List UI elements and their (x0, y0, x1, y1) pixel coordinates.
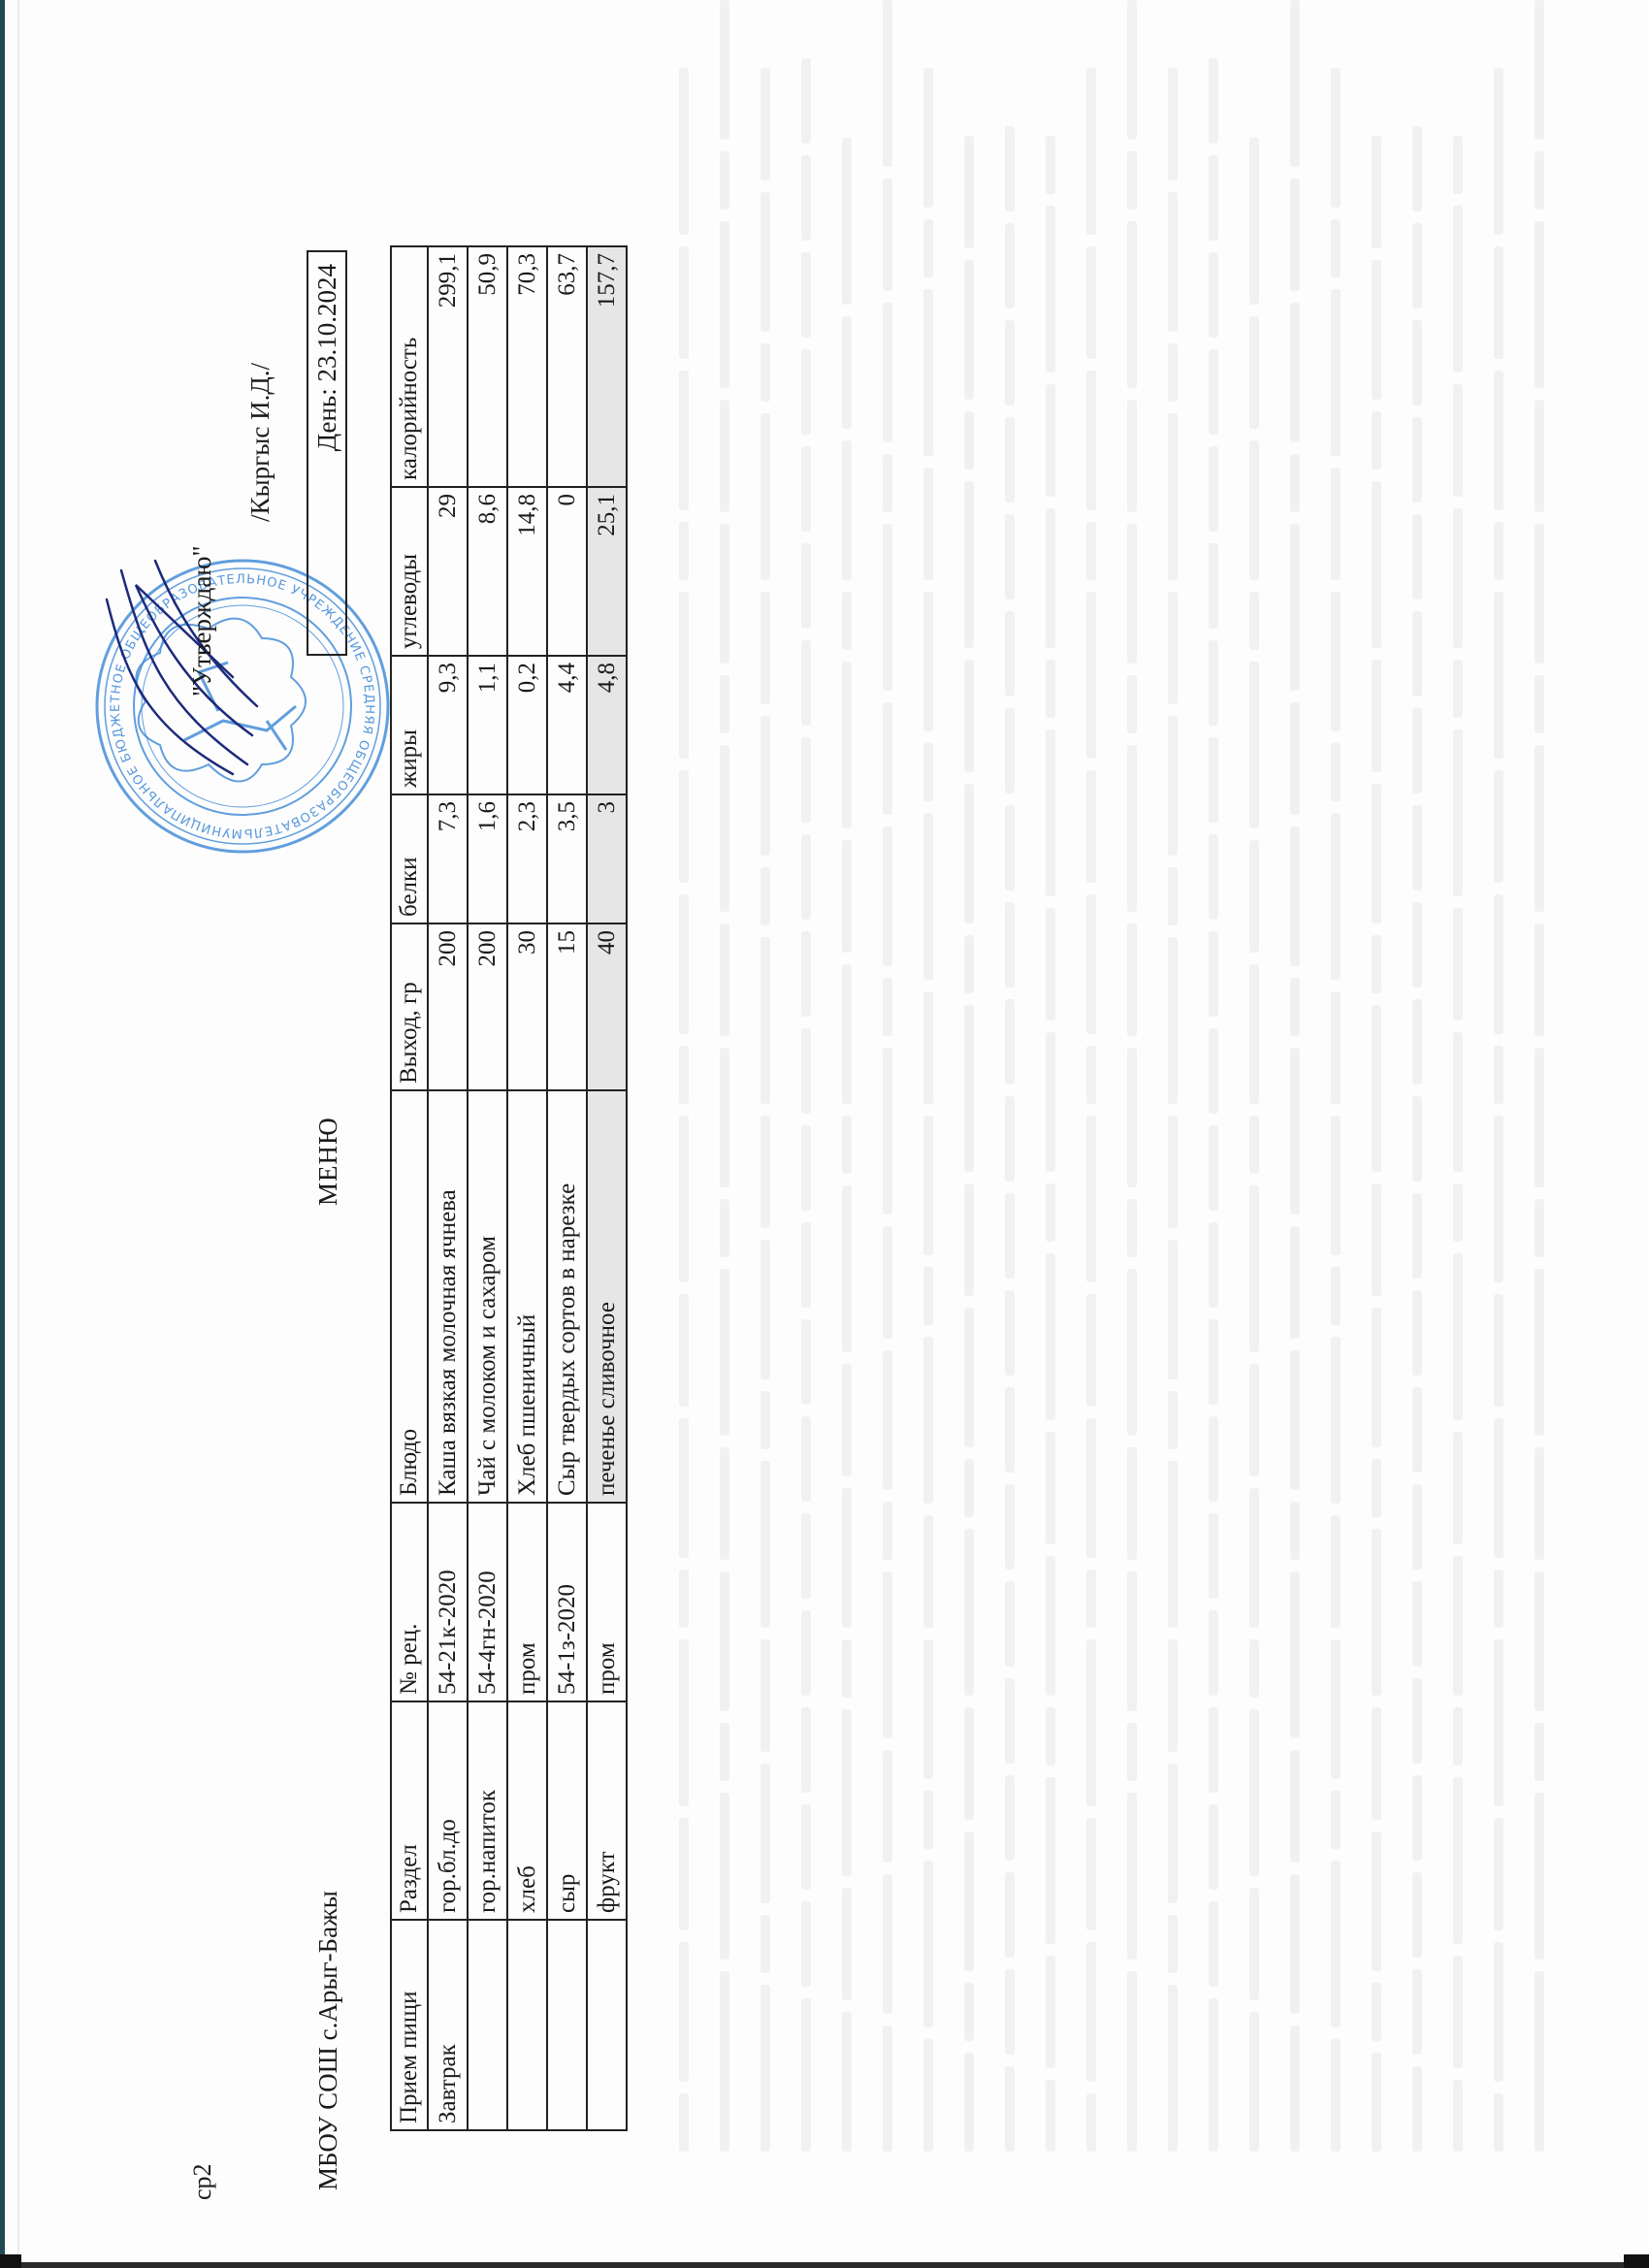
show-through-line (842, 1116, 852, 1174)
show-through-line (923, 219, 933, 277)
show-through-line (1535, 221, 1544, 388)
show-through-line (1209, 1998, 1218, 2152)
show-through-line (1005, 126, 1015, 211)
show-through-line (883, 454, 892, 512)
show-through-line (1086, 1639, 1096, 1806)
show-through-line (1046, 1556, 1055, 1696)
show-through-line (1086, 371, 1096, 510)
show-through-line (720, 1571, 729, 1711)
show-through-line (679, 1418, 689, 1558)
cell-dish: Каша вязкая молочная ячнева (428, 1090, 468, 1503)
show-through-line (964, 1529, 974, 1696)
show-through-line (1535, 1269, 1544, 1436)
table-row: гор.напиток 54-4гн-2020 Чай с молоком и … (468, 246, 507, 2130)
show-through-line (923, 1267, 933, 1325)
show-through-line (1005, 1484, 1015, 1570)
show-through-line (1412, 999, 1422, 1085)
show-through-line (1453, 908, 1463, 1021)
show-through-line (1372, 1983, 1381, 2041)
show-through-line (1209, 58, 1218, 144)
show-through-line (1127, 923, 1137, 1036)
show-through-line (1209, 1804, 1218, 1890)
header-calories: калорийность (391, 246, 428, 487)
show-through-line (883, 1226, 892, 1339)
show-through-line (1005, 1096, 1015, 1182)
show-through-line (801, 155, 811, 241)
show-through-line (923, 2039, 933, 2152)
show-through-line (1046, 384, 1055, 497)
show-through-line (801, 737, 811, 823)
show-through-line (1494, 592, 1503, 759)
show-through-line (1372, 260, 1381, 400)
show-through-line (760, 343, 770, 402)
show-through-line (1249, 1709, 1259, 1876)
show-through-line (1372, 481, 1381, 648)
show-through-line (1086, 2093, 1096, 2152)
show-through-line (1127, 1199, 1137, 1257)
show-through-line (842, 1639, 852, 1698)
cell-carbs: 14,8 (507, 487, 547, 656)
show-through-line (720, 524, 729, 664)
show-through-line (1046, 2080, 1055, 2152)
cell-dish: Хлеб пшеничный (507, 1090, 547, 1503)
table-header-row: Прием пищи Раздел № рец. Блюдо Выход, гр… (391, 246, 428, 2130)
show-through-line (1412, 1969, 1422, 2055)
show-through-line (1005, 1193, 1015, 1279)
show-through-line (1412, 126, 1422, 211)
show-through-line (1494, 1116, 1503, 1282)
show-through-line (1412, 1193, 1422, 1279)
show-through-line (720, 151, 729, 210)
show-through-line (1086, 522, 1096, 580)
show-through-line (1453, 1556, 1463, 1696)
show-through-line (679, 1570, 689, 1628)
show-through-line (1453, 660, 1463, 718)
show-through-line (1372, 1308, 1381, 1447)
show-through-line (1494, 1639, 1503, 1806)
show-through-line (1005, 1290, 1015, 1376)
show-through-line (1494, 2093, 1503, 2152)
show-through-line (923, 991, 933, 1104)
show-through-line (1290, 1226, 1300, 1339)
show-through-line (1209, 349, 1218, 435)
cell-dish: печенье сливочное (587, 1090, 627, 1503)
show-through-line (1372, 1183, 1381, 1296)
show-through-line (1168, 937, 1178, 1104)
show-through-line (1005, 708, 1015, 794)
show-through-line (1005, 611, 1015, 697)
cell-protein: 3 (587, 794, 627, 923)
show-through-line (1046, 1777, 1055, 1944)
show-through-line (760, 592, 770, 704)
show-through-line (1290, 1571, 1300, 1738)
cell-yield: 200 (428, 923, 468, 1090)
show-through-line (1168, 192, 1178, 332)
show-through-line (1453, 1707, 1463, 1766)
cell-calories: 70,3 (507, 246, 547, 487)
cell-recipe: 54-1з-2020 (547, 1503, 587, 1701)
show-through-line (720, 1269, 729, 1436)
approval-label: "Утверждаю" (189, 545, 215, 697)
show-through-line (720, 1793, 729, 1960)
show-through-line (1127, 1048, 1137, 1187)
show-through-line (1249, 964, 1259, 1104)
show-through-line (1372, 1005, 1381, 1172)
cell-carbs: 8,6 (468, 487, 507, 656)
show-through-line (760, 413, 770, 580)
show-through-line (1290, 0, 1300, 167)
show-through-line (760, 1116, 770, 1228)
header-recipe: № рец. (391, 1503, 428, 1701)
show-through-line (720, 923, 729, 1036)
show-through-line (1127, 1723, 1137, 1781)
show-through-line (1209, 543, 1218, 629)
show-through-line (1331, 1116, 1341, 1255)
show-through-line (1494, 770, 1503, 883)
show-through-line (1372, 1707, 1381, 1820)
header-meal: Прием пищи (391, 1920, 428, 2130)
show-through-line (1290, 178, 1300, 291)
show-through-line (679, 1294, 689, 1407)
show-through-line (1086, 1294, 1096, 1407)
cell-meal (468, 1920, 507, 2130)
show-through-line (1127, 400, 1137, 512)
show-through-line (883, 1048, 892, 1215)
show-through-line (883, 1350, 892, 1490)
show-through-line (760, 1461, 770, 1628)
cell-fat: 1,1 (468, 656, 507, 794)
show-through-line (1168, 1915, 1178, 1973)
cell-dish: Чай с молоком и сахаром (468, 1090, 507, 1503)
show-through-line (1494, 522, 1503, 580)
show-through-line (1249, 440, 1259, 580)
show-through-line (1168, 1764, 1178, 1903)
show-through-line (1168, 1116, 1178, 1228)
show-through-line (1331, 1515, 1341, 1628)
show-through-line (1005, 999, 1015, 1085)
cell-recipe: пром (587, 1503, 627, 1701)
cell-section: гор.бл.до (428, 1701, 468, 1920)
show-through-line (760, 1985, 770, 2152)
show-through-line (1086, 770, 1096, 883)
show-through-line (842, 440, 852, 580)
show-through-line (1209, 640, 1218, 726)
show-through-line (760, 1240, 770, 1379)
show-through-line (801, 834, 811, 920)
cell-protein: 2,3 (507, 794, 547, 923)
show-through-line (1168, 716, 1178, 856)
show-through-line (1168, 1985, 1178, 2152)
show-through-line (1372, 784, 1381, 923)
show-through-line (1412, 417, 1422, 502)
show-through-line (923, 1337, 933, 1504)
show-through-line (1453, 1432, 1463, 1544)
show-through-line (1412, 1775, 1422, 1861)
show-through-line (923, 813, 933, 980)
show-through-line (801, 543, 811, 629)
show-through-line (1290, 978, 1300, 1036)
show-through-line (1453, 508, 1463, 648)
show-through-line (883, 1571, 892, 1738)
show-through-line (1209, 1222, 1218, 1308)
show-through-line (801, 931, 811, 1017)
show-through-line (1494, 1570, 1503, 1628)
show-through-line (964, 1005, 974, 1172)
show-through-line (1494, 1294, 1503, 1407)
show-through-line (1290, 2025, 1300, 2152)
show-through-line (923, 743, 933, 801)
show-through-line (720, 1048, 729, 1187)
cell-yield: 40 (587, 923, 627, 1090)
cell-calories: 299,1 (428, 246, 468, 487)
show-through-line (964, 1308, 974, 1447)
show-through-line (1005, 1872, 1015, 1958)
cell-fat: 4,4 (547, 656, 587, 794)
show-through-line (679, 246, 689, 359)
show-through-line (801, 252, 811, 338)
show-through-line (1168, 1240, 1178, 1379)
show-through-line (1331, 743, 1341, 801)
show-through-line (801, 58, 811, 144)
show-through-line (1494, 1818, 1503, 1930)
show-through-line (801, 349, 811, 435)
cell-yield: 200 (468, 923, 507, 1090)
menu-table: Прием пищи Раздел № рец. Блюдо Выход, гр… (390, 245, 628, 2131)
show-through-line (1535, 1793, 1544, 1960)
cell-dish: Сыр твердых сортов в нарезке (547, 1090, 587, 1503)
show-through-line (1127, 151, 1137, 210)
show-through-line (720, 1447, 729, 1560)
show-through-line (801, 1513, 811, 1599)
show-through-line (842, 1488, 852, 1628)
show-through-line (1168, 1639, 1178, 1752)
show-through-line (1372, 660, 1381, 772)
show-through-line (964, 1831, 974, 1971)
show-through-line (1046, 908, 1055, 1021)
show-through-line (720, 1971, 729, 2152)
show-through-line (801, 1804, 811, 1890)
cell-protein: 3,5 (547, 794, 587, 923)
show-through-line (1535, 400, 1544, 512)
table-row: сыр 54-1з-2020 Сыр твердых сортов в наре… (547, 246, 587, 2130)
show-through-line (679, 371, 689, 510)
show-through-line (760, 937, 770, 1104)
show-through-line (1005, 805, 1015, 891)
show-through-line (1209, 1901, 1218, 1987)
show-through-line (1005, 223, 1015, 308)
show-through-line (801, 640, 811, 726)
show-through-line (679, 1818, 689, 1930)
cell-yield: 15 (547, 923, 587, 1090)
show-through-line (883, 702, 892, 815)
show-through-line (1005, 320, 1015, 405)
show-through-line (923, 592, 933, 731)
show-through-line (1372, 1831, 1381, 1971)
show-through-line (1535, 745, 1544, 912)
show-through-line (842, 316, 852, 429)
show-through-line (964, 935, 974, 993)
show-through-line (1168, 413, 1178, 580)
show-through-line (1168, 1461, 1178, 1628)
show-through-line (1249, 592, 1259, 650)
show-through-line (1494, 1418, 1503, 1558)
show-through-line (1453, 1032, 1463, 1172)
show-through-line (1412, 1387, 1422, 1473)
show-through-line (1331, 1337, 1341, 1504)
cell-recipe: пром (507, 1503, 547, 1701)
show-through-line (1005, 1581, 1015, 1667)
cell-calories: 157,7 (587, 246, 627, 487)
show-through-line (1290, 702, 1300, 815)
show-through-line (1209, 1610, 1218, 1696)
table-row: Завтрак гор.бл.до 54-21к-2020 Каша вязка… (428, 246, 468, 2130)
show-through-line (964, 1983, 974, 2041)
show-through-line (679, 68, 689, 235)
show-through-line (1331, 1861, 1341, 2027)
cell-recipe: 54-4гн-2020 (468, 1503, 507, 1701)
cell-meal (547, 1920, 587, 2130)
show-through-line (1249, 1185, 1259, 1352)
show-through-line (1535, 1571, 1544, 1711)
show-through-line (1331, 1791, 1341, 1849)
show-through-line (842, 964, 852, 1104)
show-through-line (1331, 468, 1341, 580)
show-through-line (923, 1116, 933, 1255)
show-through-line (923, 68, 933, 208)
cell-meal: Завтрак (428, 1920, 468, 2130)
header-dish: Блюдо (391, 1090, 428, 1503)
show-through-line (1494, 68, 1503, 235)
show-through-line (679, 894, 689, 1034)
show-through-line (801, 1998, 811, 2152)
show-through-line (1412, 1290, 1422, 1376)
cell-section: сыр (547, 1701, 587, 1920)
cell-section: гор.напиток (468, 1701, 507, 1920)
show-through-line (760, 192, 770, 332)
show-through-line (1086, 1942, 1096, 2082)
show-through-line (1412, 1581, 1422, 1667)
show-through-line (964, 481, 974, 648)
show-through-line (1086, 1570, 1096, 1628)
show-through-line (1046, 1183, 1055, 1242)
show-through-line (883, 1502, 892, 1560)
show-through-line (1249, 1364, 1259, 1476)
show-through-line (1535, 151, 1544, 210)
show-through-line (1127, 1971, 1137, 2152)
show-through-line (1249, 138, 1259, 305)
show-through-line (1046, 660, 1055, 718)
show-through-line (1453, 1777, 1463, 1944)
cell-recipe: 54-21к-2020 (428, 1503, 468, 1701)
show-through-line (1249, 840, 1259, 953)
cell-meal (587, 1920, 627, 2130)
show-through-line (679, 1116, 689, 1282)
show-through-line (1412, 514, 1422, 599)
show-through-line (1046, 136, 1055, 194)
cell-carbs: 29 (428, 487, 468, 656)
show-through-line (1372, 2053, 1381, 2152)
show-through-line (801, 1610, 811, 1696)
menu-page: ср2 МБОУ СОШ с.Арыг-Бажы МЕНЮ МУНИЦИПАЛЬ… (0, 0, 1649, 2268)
show-through-line (1005, 417, 1015, 502)
show-through-line (883, 2025, 892, 2152)
show-through-line (1412, 1872, 1422, 1958)
show-through-line (1535, 923, 1544, 1036)
show-through-line (801, 1901, 811, 1987)
show-through-line (1005, 1678, 1015, 1764)
show-through-line (1127, 675, 1137, 733)
cell-meal (507, 1920, 547, 2130)
show-through-line (1372, 136, 1381, 248)
header-carbs: углеводы (391, 487, 428, 656)
show-through-line (964, 411, 974, 470)
show-through-line (923, 1861, 933, 2027)
show-through-line (842, 592, 852, 650)
document-code: ср2 (190, 2163, 215, 2200)
show-through-line (679, 1942, 689, 2082)
show-through-line (842, 840, 852, 953)
show-through-line (1086, 68, 1096, 235)
show-through-line (1209, 1416, 1218, 1502)
show-through-line (1372, 1459, 1381, 1517)
show-through-line (1453, 1956, 1463, 2068)
show-through-line (1168, 1391, 1178, 1449)
show-through-line (720, 0, 729, 140)
cell-calories: 50,9 (468, 246, 507, 487)
show-through-line (1290, 1502, 1300, 1560)
show-through-line (1453, 1183, 1463, 1242)
show-through-line (1372, 935, 1381, 993)
show-through-line (1412, 611, 1422, 697)
show-through-line (883, 0, 892, 167)
show-through-line (1412, 1484, 1422, 1570)
show-through-line (1209, 1125, 1218, 1211)
cell-fat: 9,3 (428, 656, 468, 794)
show-through-line (1127, 1571, 1137, 1711)
date-box: День: 23.10.2024 (307, 250, 347, 656)
show-through-line (1412, 1096, 1422, 1182)
show-through-line (964, 784, 974, 923)
cell-protein: 7,3 (428, 794, 468, 923)
show-through-line (1046, 1956, 1055, 2068)
show-through-line (923, 1515, 933, 1628)
table-row: фрукт пром печенье сливочное 40 3 4,8 25… (587, 246, 627, 2130)
show-through-line (1046, 729, 1055, 896)
show-through-line (1127, 745, 1137, 912)
show-through-line (1494, 894, 1503, 1034)
show-through-line (1046, 206, 1055, 373)
show-through-line (1209, 931, 1218, 1017)
show-through-line (1209, 155, 1218, 241)
show-through-line (1127, 1793, 1137, 1960)
show-through-line (842, 1364, 852, 1476)
show-through-line (1290, 524, 1300, 691)
show-through-line (1331, 592, 1341, 731)
show-through-line (964, 136, 974, 248)
cell-carbs: 0 (547, 487, 587, 656)
show-through-line (883, 178, 892, 291)
show-through-line (842, 1709, 852, 1876)
show-through-line (1412, 708, 1422, 794)
show-through-line (760, 1391, 770, 1449)
show-through-line (1453, 384, 1463, 497)
cell-protein: 1,6 (468, 794, 507, 923)
table-row: хлеб пром Хлеб пшеничный 30 2,3 0,2 14,8… (507, 246, 547, 2130)
cell-fat: 0,2 (507, 656, 547, 794)
show-through-line (1086, 1418, 1096, 1558)
show-through-line (1086, 246, 1096, 359)
day-label: День: 23.10.2024 (312, 264, 342, 451)
